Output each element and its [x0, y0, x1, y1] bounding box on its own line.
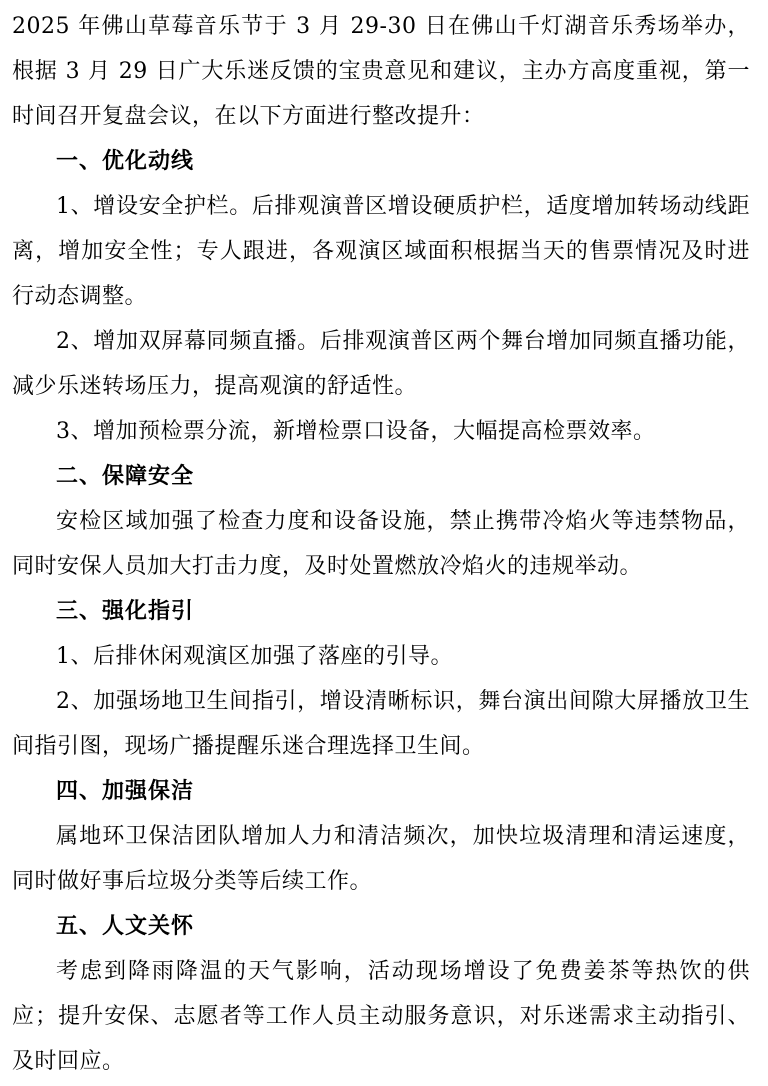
section-heading-1: 一、优化动线 — [12, 139, 750, 184]
section-cleaning: 四、加强保洁 属地环卫保洁团队增加人力和清洁频次，加快垃圾清理和清运速度，同时做… — [12, 769, 750, 904]
body-paragraph: 考虑到降雨降温的天气影响，活动现场增设了免费姜茶等热饮的供应；提升安保、志愿者等… — [12, 949, 750, 1084]
section-guidance: 三、强化指引 1、后排休闲观演区加强了落座的引导。 2、加强场地卫生间指引，增设… — [12, 589, 750, 769]
section-heading-5: 五、人文关怀 — [12, 904, 750, 949]
body-paragraph: 3、增加预检票分流，新增检票口设备，大幅提高检票效率。 — [12, 409, 750, 454]
section-optimize-circulation: 一、优化动线 1、增设安全护栏。后排观演普区增设硬质护栏，适度增加转场动线距离，… — [12, 139, 750, 454]
intro-paragraph: 2025 年佛山草莓音乐节于 3 月 29-30 日在佛山千灯湖音乐秀场举办，根… — [12, 4, 750, 139]
section-safety: 二、保障安全 安检区域加强了检查力度和设备设施，禁止携带冷焰火等违禁物品，同时安… — [12, 454, 750, 589]
body-paragraph: 安检区域加强了检查力度和设备设施，禁止携带冷焰火等违禁物品，同时安保人员加大打击… — [12, 499, 750, 589]
section-humanistic-care: 五、人文关怀 考虑到降雨降温的天气影响，活动现场增设了免费姜茶等热饮的供应；提升… — [12, 904, 750, 1084]
section-heading-3: 三、强化指引 — [12, 589, 750, 634]
document-page: 2025 年佛山草莓音乐节于 3 月 29-30 日在佛山千灯湖音乐秀场举办，根… — [0, 0, 768, 1086]
body-paragraph: 2、增加双屏幕同频直播。后排观演普区两个舞台增加同频直播功能，减少乐迷转场压力，… — [12, 319, 750, 409]
body-paragraph: 2、加强场地卫生间指引，增设清晰标识，舞台演出间隙大屏播放卫生间指引图，现场广播… — [12, 679, 750, 769]
section-heading-2: 二、保障安全 — [12, 454, 750, 499]
body-paragraph: 属地环卫保洁团队增加人力和清洁频次，加快垃圾清理和清运速度，同时做好事后垃圾分类… — [12, 814, 750, 904]
body-paragraph: 1、后排休闲观演区加强了落座的引导。 — [12, 634, 750, 679]
body-paragraph: 1、增设安全护栏。后排观演普区增设硬质护栏，适度增加转场动线距离，增加安全性；专… — [12, 184, 750, 319]
section-heading-4: 四、加强保洁 — [12, 769, 750, 814]
